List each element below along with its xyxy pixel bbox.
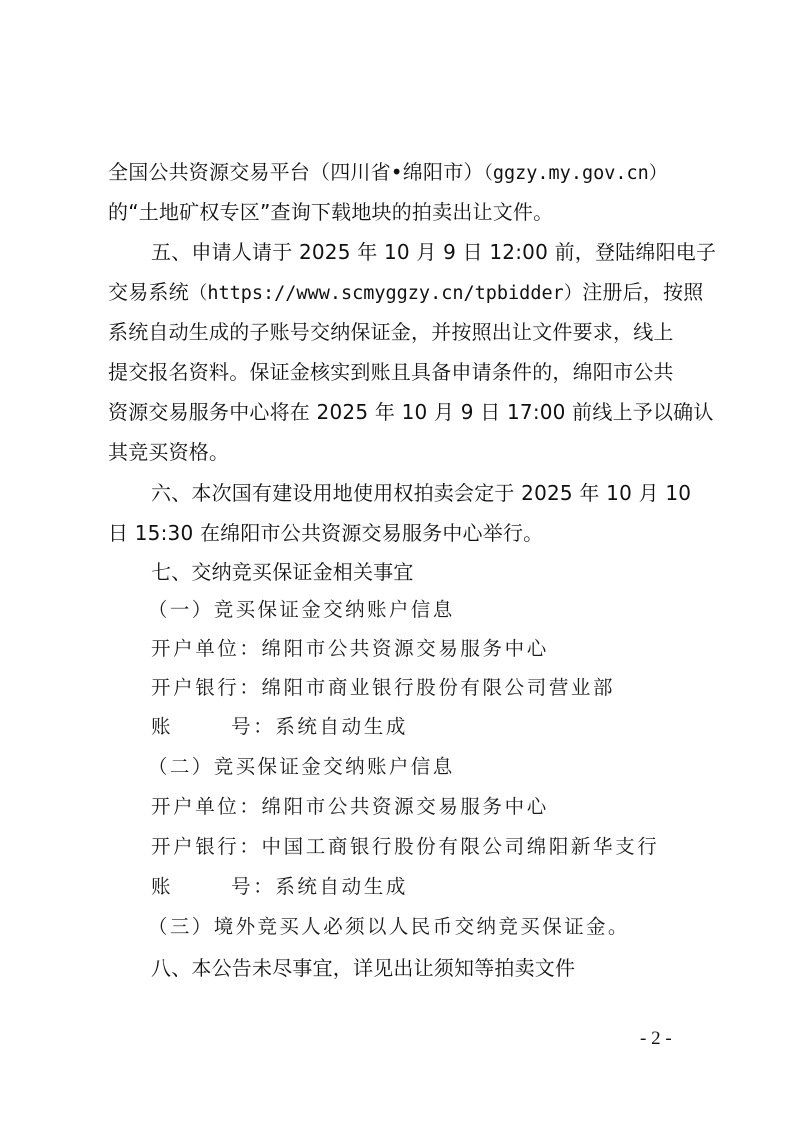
account-1-unit: 开户单位：绵阳市公共资源交易服务中心 <box>151 637 731 661</box>
account-label-a: 账 <box>151 715 173 738</box>
account-2-unit: 开户单位：绵阳市公共资源交易服务中心 <box>151 795 731 819</box>
account-1-number: 账号：系统自动生成 <box>151 715 731 739</box>
section-7-heading: 七、交纳竞买保证金相关事宜 <box>151 560 731 584</box>
bank-label: 开户银行： <box>151 676 262 699</box>
unit-label: 开户单位： <box>151 637 262 660</box>
paragraph-4-line-2: 的“土地矿权专区”查询下载地块的拍卖出让文件。 <box>108 200 688 224</box>
paragraph-5-line-6: 其竞买资格。 <box>108 440 688 464</box>
account-2-number: 账号：系统自动生成 <box>151 875 731 899</box>
unit-label: 开户单位： <box>151 795 262 818</box>
account-2-bank: 开户银行：中国工商银行股份有限公司绵阳新华支行 <box>151 835 731 859</box>
bank-label: 开户银行： <box>151 835 262 858</box>
document-page: 全国公共资源交易平台（四川省•绵阳市）（ggzy.my.gov.cn） 的“土地… <box>0 0 793 1122</box>
account-value: 系统自动生成 <box>275 715 408 738</box>
register-text: 注册后，按照 <box>582 280 703 304</box>
unit-value: 绵阳市公共资源交易服务中心 <box>262 795 549 818</box>
account-label-a: 账 <box>151 875 173 898</box>
account-2-title: （二）竞买保证金交纳账户信息 <box>148 755 728 779</box>
account-value: 系统自动生成 <box>275 875 408 898</box>
paragraph-4-line-1: 全国公共资源交易平台（四川省•绵阳市）（ggzy.my.gov.cn） <box>108 160 688 186</box>
platform-url-link[interactable]: （ggzy.my.gov.cn） <box>484 163 668 184</box>
account-label-b: 号： <box>231 715 275 738</box>
unit-value: 绵阳市公共资源交易服务中心 <box>262 637 549 660</box>
paragraph-5-line-2: 交易系统（https://www.scmyggzy.cn/tpbidder）注册… <box>108 280 688 306</box>
paragraph-5-line-5: 资源交易服务中心将在 2025 年 10 月 9 日 17:00 前线上予以确认 <box>108 400 688 424</box>
bank-value: 中国工商银行股份有限公司绵阳新华支行 <box>262 835 660 858</box>
paragraph-6-line-1: 六、本次国有建设用地使用权拍卖会定于 2025 年 10 月 10 <box>151 481 731 505</box>
bank-value: 绵阳市商业银行股份有限公司营业部 <box>262 676 616 699</box>
bidder-system-url-link[interactable]: （https://www.scmyggzy.cn/tpbidder） <box>189 283 582 304</box>
account-1-bank: 开户银行：绵阳市商业银行股份有限公司营业部 <box>151 676 731 700</box>
paragraph-5-line-3: 系统自动生成的子账号交纳保证金，并按照出让文件要求，线上 <box>108 320 688 344</box>
foreign-bidder-note: （三）境外竞买人必须以人民币交纳竞买保证金。 <box>148 915 728 939</box>
platform-name: 全国公共资源交易平台（四川省•绵阳市） <box>108 160 484 184</box>
paragraph-5-line-4: 提交报名资料。保证金核实到账且具备申请条件的，绵阳市公共 <box>108 360 688 384</box>
paragraph-5-line-1: 五、申请人请于 2025 年 10 月 9 日 12:00 前，登陆绵阳电子 <box>151 240 731 264</box>
page-number: - 2 - <box>640 1028 672 1050</box>
paragraph-6-line-2: 日 15:30 在绵阳市公共资源交易服务中心举行。 <box>108 521 688 545</box>
system-name: 交易系统 <box>108 280 189 304</box>
section-8-heading: 八、本公告未尽事宜，详见出让须知等拍卖文件 <box>151 956 731 980</box>
account-label-b: 号： <box>231 875 275 898</box>
account-1-title: （一）竞买保证金交纳账户信息 <box>148 598 728 622</box>
